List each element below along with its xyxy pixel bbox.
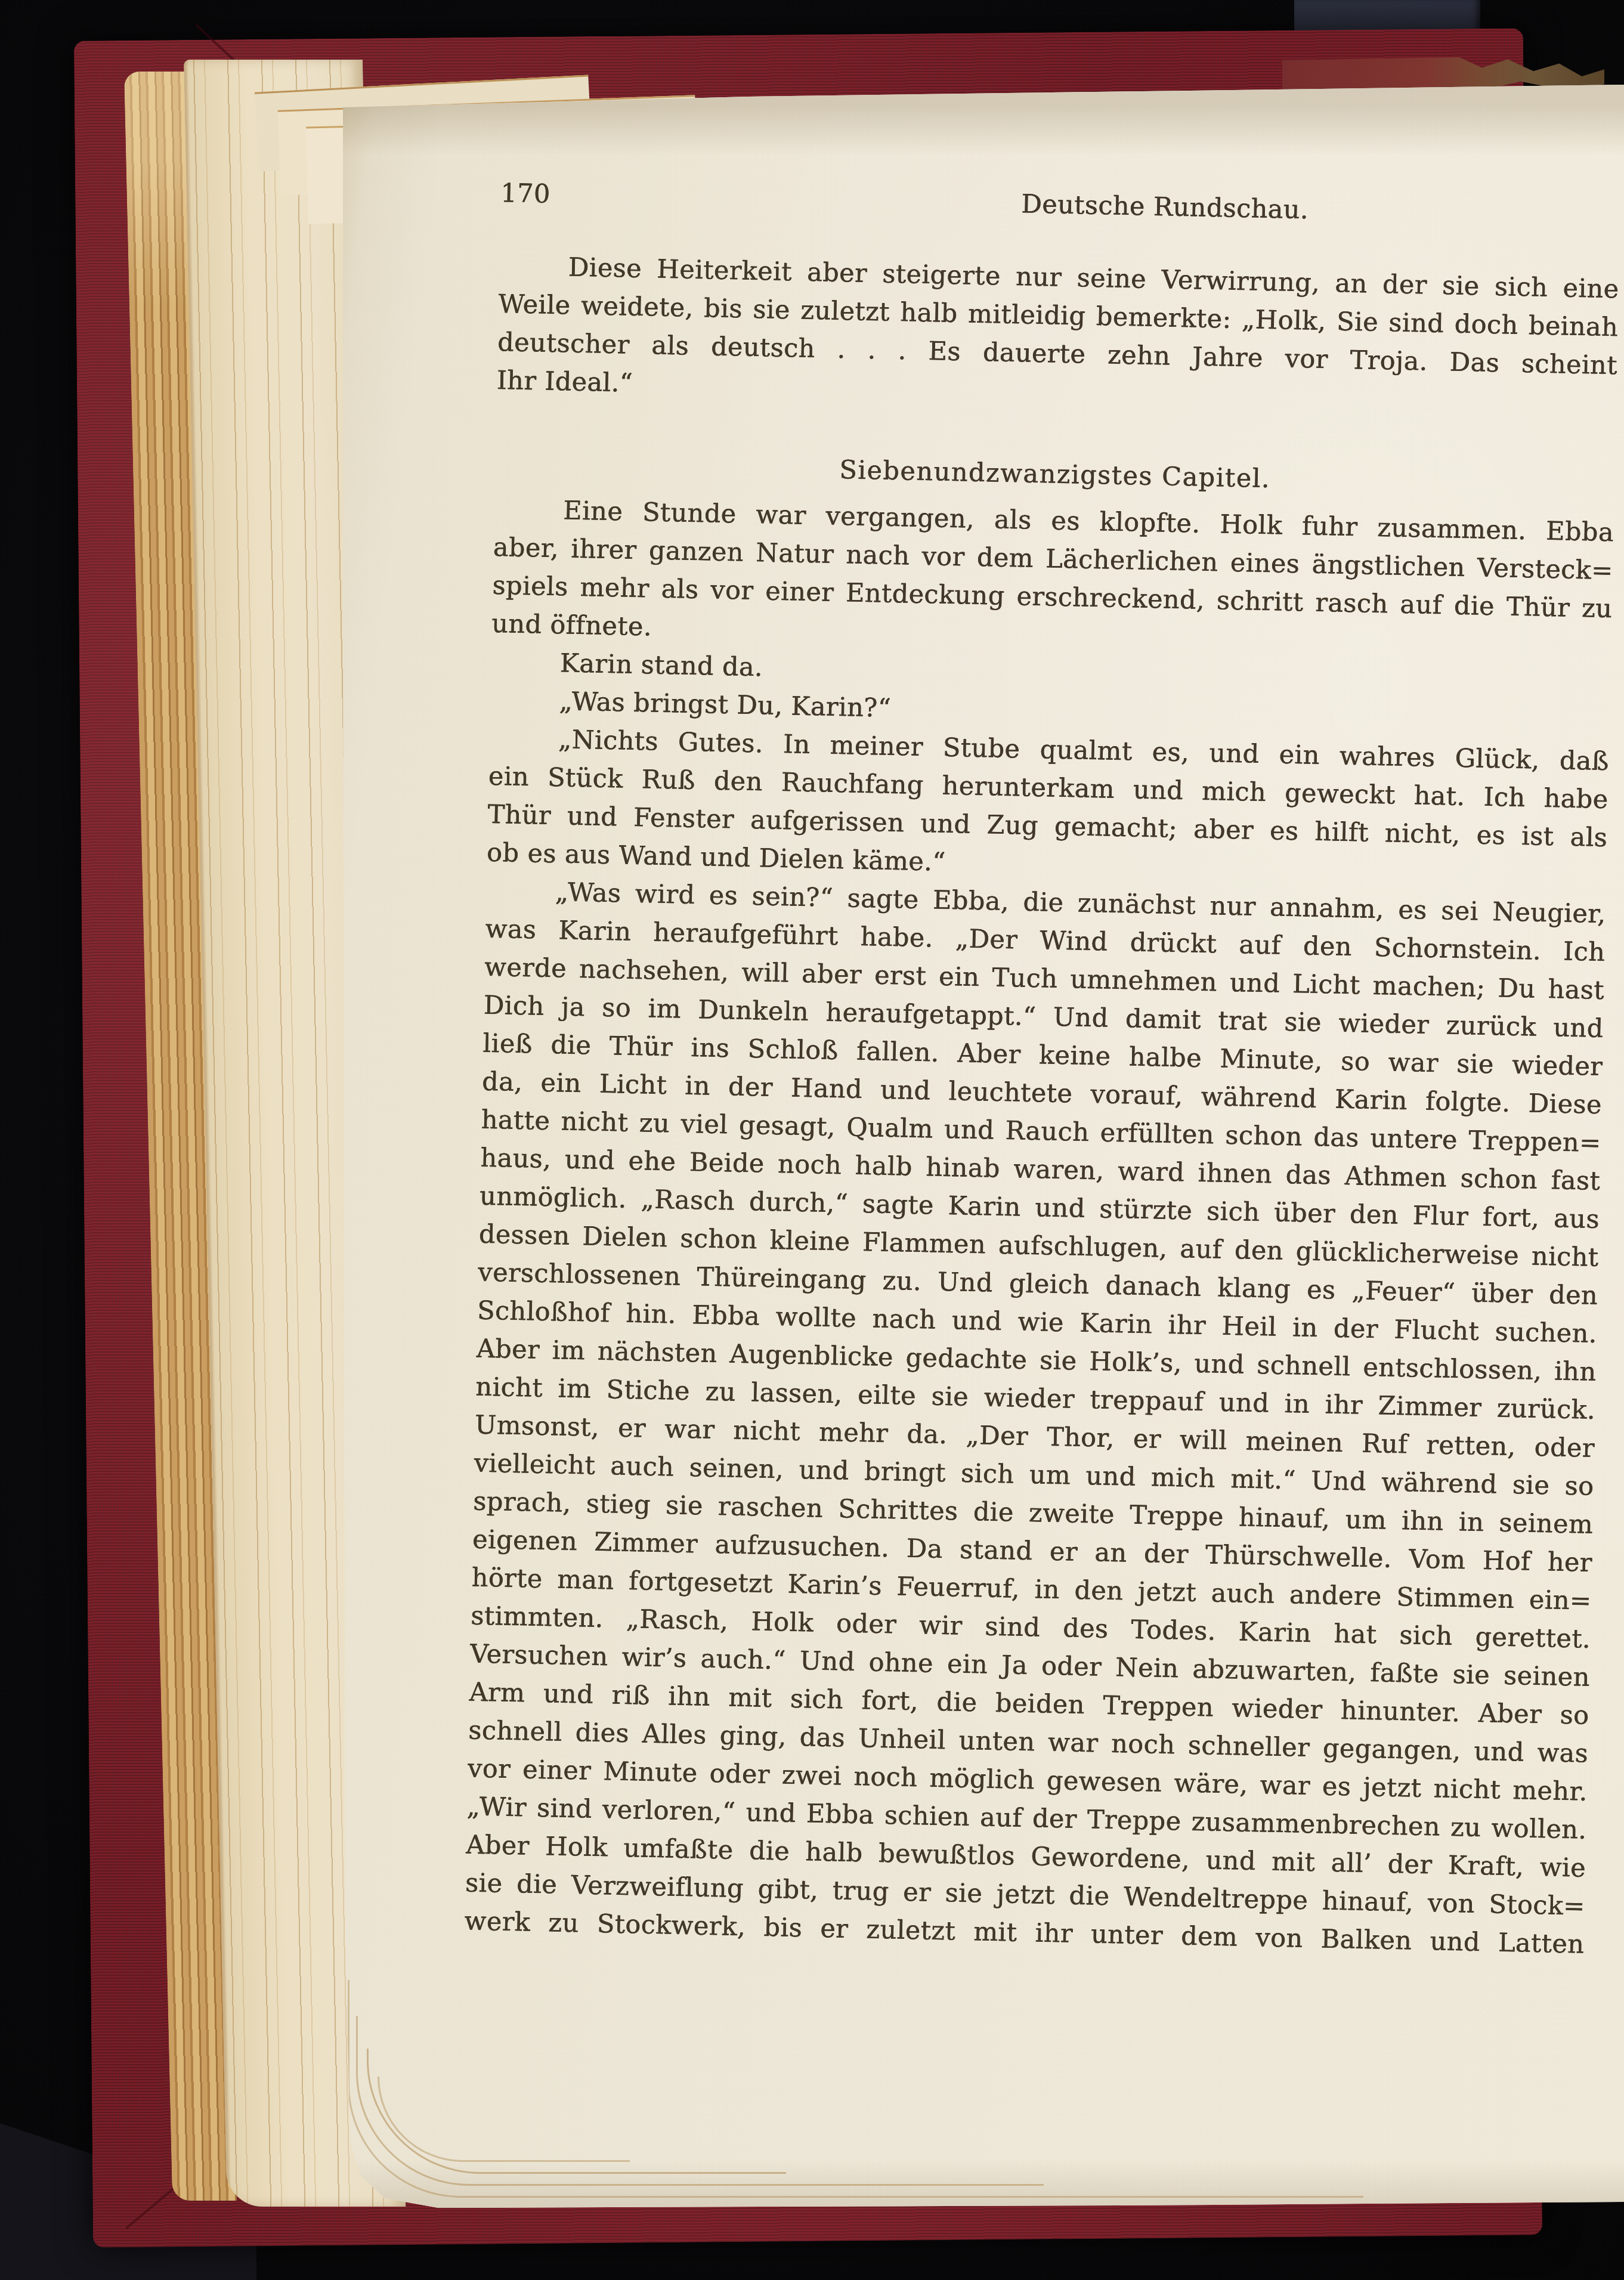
- journal-title: Deutsche Rundschau.: [673, 178, 1624, 236]
- paragraph: Diese Heiterkeit aber steigerte nur sein…: [496, 247, 1619, 423]
- page-number: 170: [500, 174, 638, 215]
- paragraph: Eine Stunde war vergangen, als es klopft…: [491, 490, 1614, 666]
- paragraph: „Nichts Gutes. In meiner Stube qualmt es…: [486, 719, 1609, 895]
- book-page: 170 Deutsche Rundschau. Diese Heiterkeit…: [343, 30, 1624, 2213]
- running-head: 170 Deutsche Rundschau.: [500, 174, 1621, 236]
- paragraph: „Was wird es sein?“ sagte Ebba, die zunä…: [464, 872, 1606, 1964]
- text-lines: Diese Heiterkeit aber steigerte nur sein…: [464, 247, 1619, 1964]
- text-block: 170 Deutsche Rundschau. Diese Heiterkeit…: [464, 174, 1621, 1964]
